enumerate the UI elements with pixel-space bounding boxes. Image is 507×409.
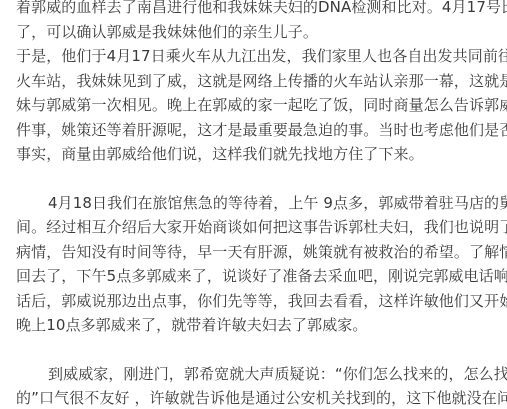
paragraph-dna-result: 着郭威的血样去了南昌进行他和我妹妹夫妇的DNA检测和比对。4月17号比对结果出来… [16, 0, 507, 167]
text-line: 于是，他们于4月17日乘火车从九江出发，我们家里人也各自出发共同前往驻马店 [16, 44, 507, 69]
text-line: 妹与郭威第一次相见。晚上在郭威的家一起吃了饭，同时商量怎么告诉郭威的养父母这 [16, 93, 507, 118]
text-line: 的”口气很不友好 ，许敏就告诉他是通过公安机关找到的，这下他就没在问了。 [16, 386, 507, 409]
text-line: 病情，告知没有时间等待，早一天有肝源，姚策就有被救治的希望。了解情况后 [16, 240, 507, 265]
text-line: 件事，姚策还等着肝源呢，这才是最重要最急迫的事。当时也考虑他们是否能接受 [16, 118, 507, 143]
text-line: 晚上10点多郭威来了，就带着许敏夫妇去了郭威家。 [16, 313, 507, 338]
text-line: 回去了，下午5点多郭威来了，说谈好了准备去采血吧，刚说完郭威电话响了，接 [16, 264, 507, 289]
text-line: 火车站，我妹妹见到了威，这就是网络上传播的火车站认亲那一幕，这就是28年来 [16, 69, 507, 94]
paragraph-arrival: 到威威家，刚进门，郭希宽就大声质疑说：“你们怎么找来的，怎么找到我们 的”口气很… [16, 362, 507, 409]
paragraph-april-18: 4月18日我们在旅馆焦急的等待着，上午 9点多，郭威带着驻马店的舅舅来 间。经过… [16, 191, 507, 338]
text-line: 间。经过相互介绍后大家开始商谈如何把这事告诉郭杜夫妇，我们也说明了现在姚策的 [16, 215, 507, 240]
text-line: 着郭威的血样去了南昌进行他和我妹妹夫妇的DNA检测和比对。4月17号比对结果出来 [16, 0, 507, 20]
text-line: 了，可以确认郭威是我妹妹他们的亲生儿子。 [16, 20, 507, 45]
text-line: 到威威家，刚进门，郭希宽就大声质疑说：“你们怎么找来的，怎么找到我们 [16, 362, 507, 387]
text-line: 4月18日我们在旅馆焦急的等待着，上午 9点多，郭威带着驻马店的舅舅来 [16, 191, 507, 216]
article-body: 着郭威的血样去了南昌进行他和我妹妹夫妇的DNA检测和比对。4月17号比对结果出来… [16, 0, 507, 409]
text-line: 话后，郭威说那边出点事，你们先等等，我回去看看，这样许敏他们又开始等， [16, 289, 507, 314]
text-line: 事实，商量由郭威给他们说，这样我们就先找地方住了下来。 [16, 142, 507, 167]
